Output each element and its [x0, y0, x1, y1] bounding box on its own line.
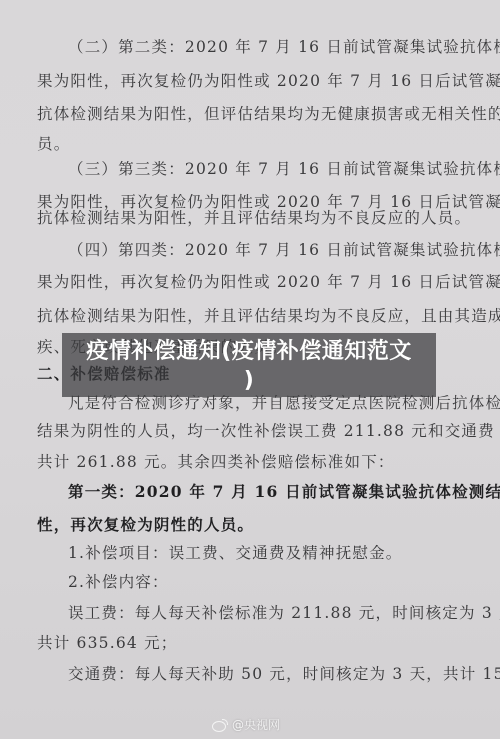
doc-line: 误工费：每人每天补偿标准为 211.88 元，时间核定为 3 天， — [68, 601, 500, 623]
doc-line: 2.补偿内容： — [68, 570, 169, 592]
watermark-text: @央视网 — [232, 716, 280, 733]
doc-line: 结果为阴性的人员，均一次性补偿误工费 211.88 元和交通费 50 元， — [37, 419, 500, 441]
category-heading: 性，再次复检为阴性的人员。 — [37, 513, 254, 535]
title-overlay: 疫情补偿通知(疫情补偿通知范文 ) — [62, 333, 436, 397]
article-title-line-1: 疫情补偿通知(疫情补偿通知范文 — [62, 337, 436, 366]
watermark: @央视网 — [212, 716, 280, 733]
article-title: 疫情补偿通知(疫情补偿通知范文 ) — [62, 337, 436, 395]
article-title-line-2: ) — [62, 366, 436, 395]
doc-line: 果为阳性，再次复检仍为阳性或 2020 年 7 月 16 日后试管凝集试验 — [37, 69, 500, 91]
doc-line: 员。 — [37, 132, 70, 154]
doc-line: 共计 261.88 元。其余四类补偿赔偿标准如下： — [37, 450, 395, 472]
doc-line: 抗体检测结果为阳性，并且评估结果均为不良反应，且由其造成残 — [37, 304, 500, 326]
doc-line: 共计 635.64 元； — [37, 631, 178, 653]
doc-line: （三）第三类：2020 年 7 月 16 日前试管凝集试验抗体检测结 — [68, 157, 500, 179]
weibo-icon — [212, 719, 228, 731]
category-heading: 第一类：2020 年 7 月 16 日前试管凝集试验抗体检测结果为阳 — [68, 480, 500, 502]
doc-line: 抗体检测结果为阳性，并且评估结果均为不良反应的人员。 — [37, 206, 471, 228]
doc-line: （四）第四类：2020 年 7 月 16 日前试管凝集试验抗体检测结 — [68, 238, 500, 260]
doc-line: 抗体检测结果为阳性，但评估结果均为无健康损害或无相关性的人 — [37, 102, 500, 124]
doc-line: 1.补偿项目：误工费、交通费及精神抚慰金。 — [68, 541, 403, 563]
doc-line: （二）第二类：2020 年 7 月 16 日前试管凝集试验抗体检测结 — [68, 35, 500, 57]
doc-line: 果为阳性，再次复检仍为阳性或 2020 年 7 月 16 日后试管凝集试验 — [37, 270, 500, 292]
doc-line: 交通费：每人每天补助 50 元，时间核定为 3 天，共计 150 元； — [68, 662, 500, 684]
